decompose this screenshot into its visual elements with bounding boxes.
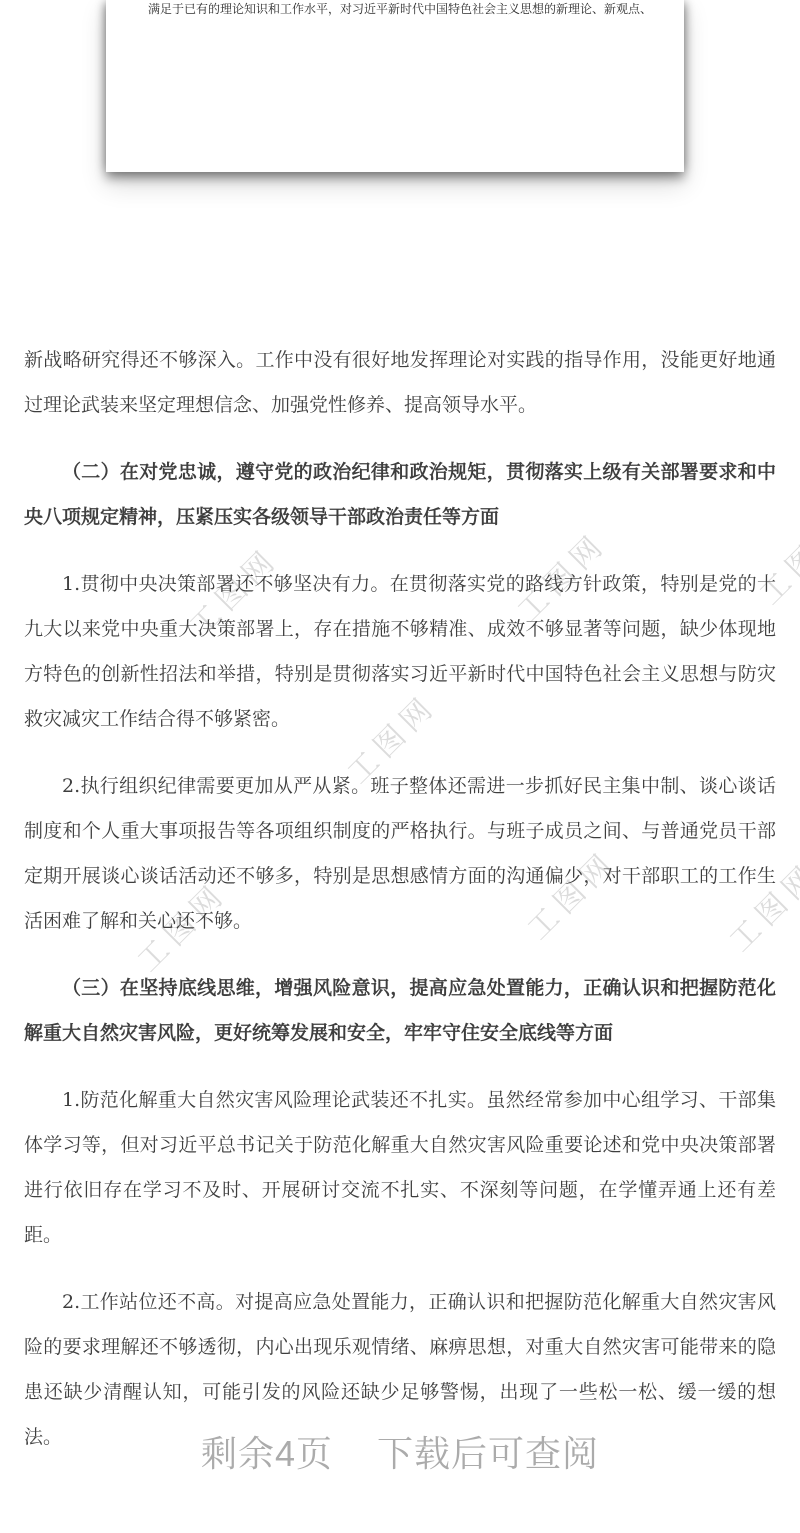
- remaining-pages-bar[interactable]: 剩余4页下载后可查阅: [0, 1426, 800, 1477]
- section-heading: （二）在对党忠诚，遵守党的政治纪律和政治规矩，贯彻落实上级有关部署要求和中央八项…: [24, 450, 776, 540]
- document-body: 新战略研究得还不够深入。工作中没有很好地发挥理论对实践的指导作用，没能更好地通过…: [24, 338, 776, 1482]
- remaining-pages-label: 剩余4页: [201, 1433, 333, 1474]
- download-hint-label: 下载后可查阅: [377, 1433, 599, 1474]
- paragraph: 1.防范化解重大自然灾害风险理论武装还不扎实。虽然经常参加中心组学习、干部集体学…: [24, 1078, 776, 1258]
- paragraph: 2.执行组织纪律需要更加从严从紧。班子整体还需进一步抓好民主集中制、谈心谈话制度…: [24, 764, 776, 944]
- document-preview-page: 满足于已有的理论知识和工作水平，对习近平新时代中国特色社会主义思想的新理论、新观…: [0, 0, 800, 1533]
- paragraph: 新战略研究得还不够深入。工作中没有很好地发挥理论对实践的指导作用，没能更好地通过…: [24, 338, 776, 428]
- previous-page-text-line: 满足于已有的理论知识和工作水平，对习近平新时代中国特色社会主义思想的新理论、新观…: [148, 1, 656, 17]
- previous-page-card: 满足于已有的理论知识和工作水平，对习近平新时代中国特色社会主义思想的新理论、新观…: [106, 0, 684, 172]
- section-heading: （三）在坚持底线思维，增强风险意识，提高应急处置能力，正确认识和把握防范化解重大…: [24, 966, 776, 1056]
- paragraph: 1.贯彻中央决策部署还不够坚决有力。在贯彻落实党的路线方针政策，特别是党的十九大…: [24, 562, 776, 742]
